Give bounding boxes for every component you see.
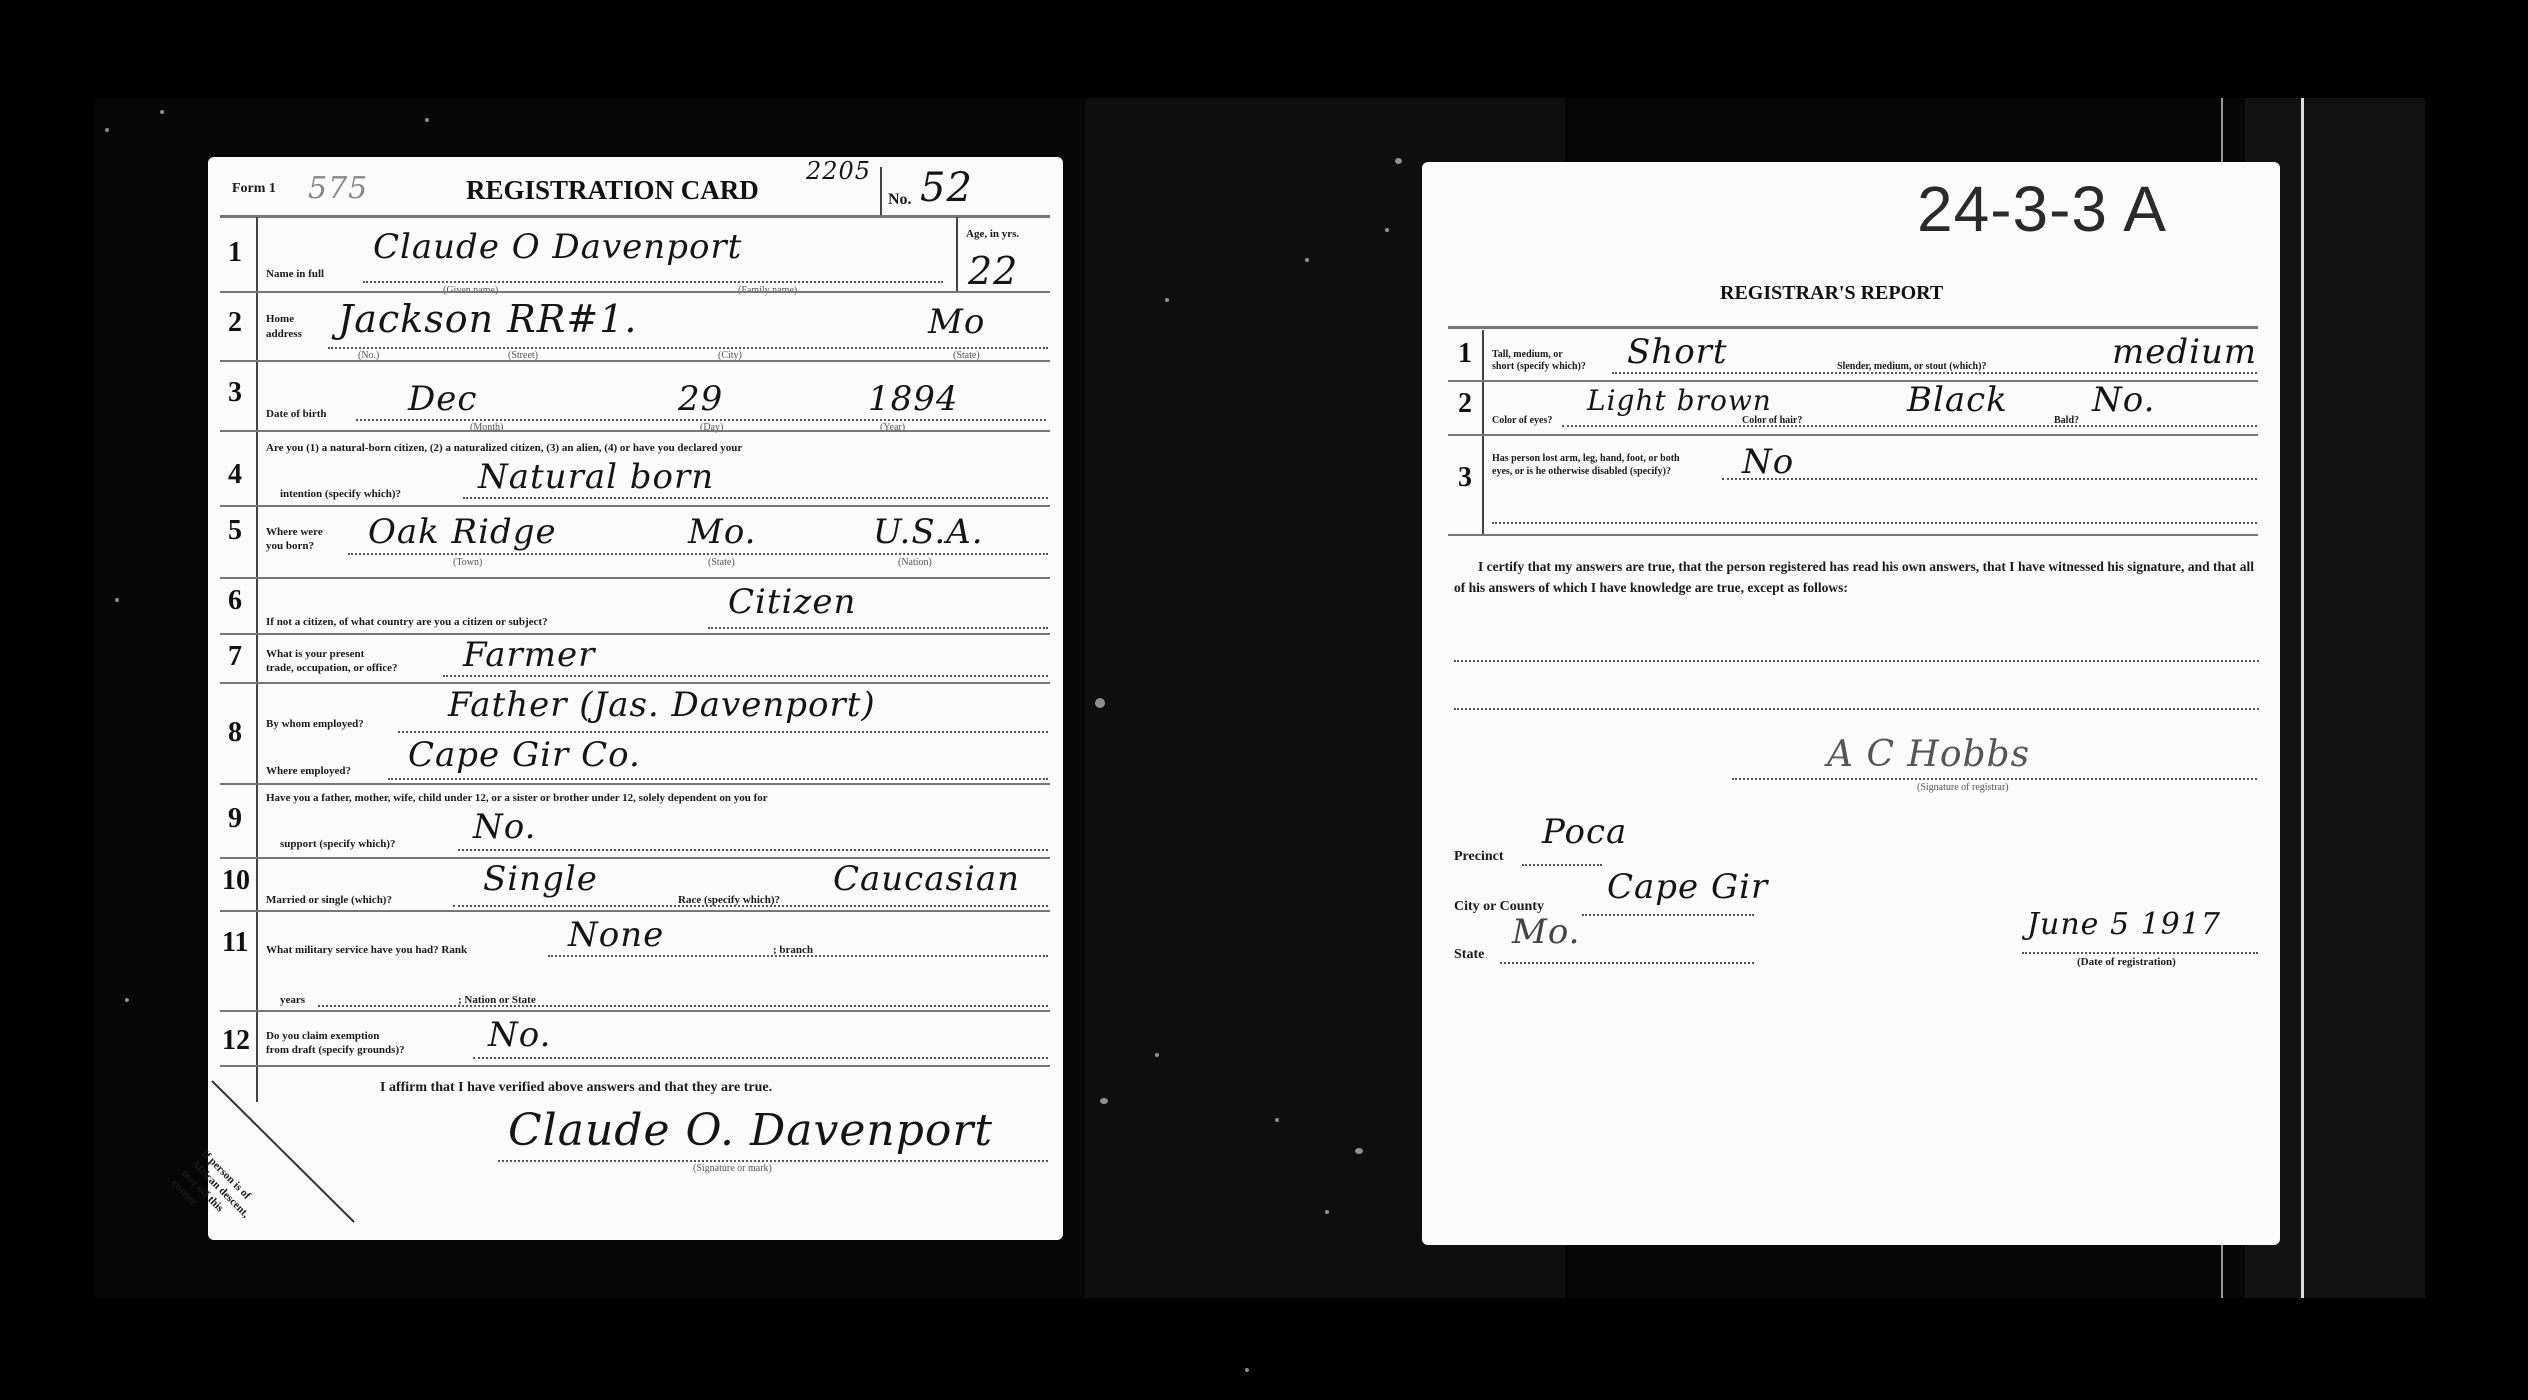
row-number: 1 xyxy=(1458,338,1472,370)
employer-value: Father (Jas. Davenport) xyxy=(448,685,876,725)
eye-color-value: Light brown xyxy=(1587,384,1772,417)
age-label: Age, in yrs. xyxy=(966,227,1019,241)
occupation-value: Farmer xyxy=(463,635,595,675)
fill-line xyxy=(458,849,1048,851)
dust-speck xyxy=(125,998,129,1002)
support-label: support (specify which)? xyxy=(280,837,396,851)
dob-year: 1894 xyxy=(868,379,959,419)
years-label: years xyxy=(280,993,305,1007)
employment-place-label: Where employed? xyxy=(266,764,351,778)
signature-caption: (Signature or mark) xyxy=(693,1163,772,1174)
address-state-value: Mo xyxy=(928,302,985,342)
dust-speck xyxy=(1245,1368,1249,1372)
fill-line xyxy=(1562,425,2257,427)
dust-speck xyxy=(160,110,164,114)
divider xyxy=(220,291,1050,293)
precinct-label: Precinct xyxy=(1454,850,1504,864)
fill-line xyxy=(548,955,1048,957)
nation-caption: (Nation) xyxy=(898,557,932,568)
registrant-signature: Claude O. Davenport xyxy=(508,1105,993,1156)
row-number: 11 xyxy=(222,927,248,959)
card-title: REGISTRATION CARD xyxy=(466,175,759,206)
build-value: medium xyxy=(2112,332,2257,372)
bald-value: No. xyxy=(2092,380,2155,420)
divider xyxy=(956,217,958,293)
row-number: 12 xyxy=(222,1025,250,1057)
row-number: 9 xyxy=(228,803,242,835)
marital-label: Married or single (which)? xyxy=(266,893,392,907)
row-number: 5 xyxy=(228,515,242,547)
dust-speck xyxy=(1355,1148,1363,1154)
country-label: If not a citizen, of what country are yo… xyxy=(266,615,548,629)
disability-value: No xyxy=(1742,442,1794,482)
dust-speck xyxy=(1155,1053,1159,1057)
divider xyxy=(220,360,1050,362)
hair-color-value: Black xyxy=(1907,380,2008,420)
town-caption: (Town) xyxy=(453,557,482,568)
serial-handwritten: 575 xyxy=(308,171,368,206)
date-line xyxy=(2022,952,2258,954)
divider xyxy=(1448,326,2258,329)
registrar-signature: A C Hobbs xyxy=(1827,734,2030,775)
exemption-label-2: from draft (specify grounds)? xyxy=(266,1043,405,1057)
report-title: REGISTRAR'S REPORT xyxy=(1720,282,1943,305)
row-number: 3 xyxy=(228,377,242,409)
fill-line xyxy=(1722,478,2257,480)
dust-speck xyxy=(1385,228,1389,232)
dust-speck xyxy=(1095,698,1105,708)
registration-date: June 5 1917 xyxy=(2027,907,2221,942)
divider xyxy=(220,1010,1050,1012)
dust-speck xyxy=(1305,258,1309,262)
divider xyxy=(220,910,1050,912)
name-label: Name in full xyxy=(266,267,324,281)
fill-line xyxy=(463,497,1048,499)
fill-line xyxy=(1582,914,1754,916)
dependents-value: No. xyxy=(473,807,536,847)
dob-day: 29 xyxy=(678,379,723,419)
birth-nation: U.S.A. xyxy=(873,512,984,552)
divider xyxy=(1482,330,1484,535)
number-label: No. xyxy=(888,193,912,207)
fill-line xyxy=(398,731,1048,733)
scan-edge-line xyxy=(2301,98,2304,1298)
divider xyxy=(880,167,882,217)
citizenship-question: Are you (1) a natural-born citizen, (2) … xyxy=(266,441,742,455)
registrar-signature-caption: (Signature of registrar) xyxy=(1917,782,2009,793)
intention-label: intention (specify which)? xyxy=(280,487,401,501)
divider xyxy=(1448,534,2258,536)
address-label: address xyxy=(266,327,302,341)
signature-line xyxy=(1732,778,2257,780)
dust-speck xyxy=(1100,1098,1108,1104)
row-number: 3 xyxy=(1458,462,1472,494)
divider xyxy=(220,215,1050,218)
birth-town: Oak Ridge xyxy=(368,512,557,552)
employment-place-value: Cape Gir Co. xyxy=(408,735,641,775)
eye-color-label: Color of eyes? xyxy=(1492,414,1552,428)
divider xyxy=(220,505,1050,507)
fill-line xyxy=(363,281,943,283)
state-label: State xyxy=(1454,948,1484,962)
dob-month: Dec xyxy=(408,379,477,419)
fill-line xyxy=(1522,864,1602,866)
fill-line xyxy=(318,1005,1048,1007)
state-caption: (State) xyxy=(708,557,735,568)
city-county-value: Cape Gir xyxy=(1607,867,1768,907)
divider xyxy=(220,577,1050,579)
dust-speck xyxy=(115,598,119,602)
dust-speck xyxy=(1395,158,1402,164)
fill-line xyxy=(388,778,1048,780)
fill-line xyxy=(1500,962,1754,964)
form-label: Form 1 xyxy=(232,182,276,196)
fill-line xyxy=(443,675,1048,677)
fill-line xyxy=(1492,522,2257,524)
divider xyxy=(220,783,1050,785)
row-number: 4 xyxy=(228,459,242,491)
card-number: 52 xyxy=(920,165,973,211)
employer-label: By whom employed? xyxy=(266,717,364,731)
affirm-text: I affirm that I have verified above answ… xyxy=(380,1081,772,1095)
birthplace-label-1: Where were xyxy=(266,525,323,539)
birth-state: Mo. xyxy=(688,512,757,552)
fill-line xyxy=(1612,372,2257,374)
country-value: Citizen xyxy=(728,582,856,622)
fill-line xyxy=(328,347,1048,349)
row-number: 10 xyxy=(222,865,250,897)
file-code: 24-3-3 A xyxy=(1917,172,2167,246)
birthplace-label-2: you born? xyxy=(266,539,314,553)
disability-label-1: Has person lost arm, leg, hand, foot, or… xyxy=(1492,452,1680,466)
divider xyxy=(220,633,1050,635)
occupation-label-2: trade, occupation, or office? xyxy=(266,661,397,675)
fill-line xyxy=(473,1057,1048,1059)
military-rank-value: None xyxy=(568,915,664,955)
state-value: Mo. xyxy=(1512,912,1581,952)
dust-speck xyxy=(1325,1210,1329,1214)
name-value: Claude O Davenport xyxy=(373,227,742,267)
dust-speck xyxy=(105,128,109,132)
citizenship-value: Natural born xyxy=(478,457,714,497)
registrar-report-card: 24-3-3 A REGISTRAR'S REPORT 1 Tall, medi… xyxy=(1422,162,2280,1245)
fill-line xyxy=(348,553,1048,555)
certify-text: I certify that my answers are true, that… xyxy=(1454,556,2254,598)
precinct-value: Poca xyxy=(1542,812,1627,852)
card-number-prefix: 2205 xyxy=(806,157,871,185)
height-label-2: short (specify which)? xyxy=(1492,360,1586,374)
registration-card: Form 1 575 REGISTRATION CARD 2205 No. 52… xyxy=(208,157,1063,1240)
divider xyxy=(220,430,1050,432)
disability-label-2: eyes, or is he otherwise disabled (speci… xyxy=(1492,465,1671,479)
exemption-value: No. xyxy=(488,1015,551,1055)
dust-speck xyxy=(1165,298,1169,302)
dob-label: Date of birth xyxy=(266,407,327,421)
divider xyxy=(1448,434,2258,436)
height-value: Short xyxy=(1627,332,1728,372)
fill-line xyxy=(453,905,1048,907)
row-number: 1 xyxy=(228,237,242,269)
military-label: What military service have you had? Rank xyxy=(266,943,467,957)
address-value: Jackson RR#1. xyxy=(338,297,637,341)
exception-line xyxy=(1454,708,2259,710)
row-number: 2 xyxy=(1458,388,1472,420)
home-label: Home xyxy=(266,312,294,326)
signature-line xyxy=(498,1160,1048,1162)
exemption-label-1: Do you claim exemption xyxy=(266,1029,379,1043)
age-value: 22 xyxy=(968,249,1018,293)
race-value: Caucasian xyxy=(833,859,1020,899)
fill-line xyxy=(356,419,1046,421)
row-number: 7 xyxy=(228,641,242,673)
marital-value: Single xyxy=(483,859,598,899)
dust-speck xyxy=(1275,1118,1279,1122)
divider xyxy=(220,682,1050,684)
occupation-label-1: What is your present xyxy=(266,647,364,661)
exception-line xyxy=(1454,660,2259,662)
dust-speck xyxy=(425,118,429,122)
fill-line xyxy=(708,627,1048,629)
row-number: 8 xyxy=(228,717,242,749)
row-number: 2 xyxy=(228,307,242,339)
date-caption: (Date of registration) xyxy=(2077,955,2176,969)
row-number: 6 xyxy=(228,585,242,617)
dependents-question: Have you a father, mother, wife, child u… xyxy=(266,791,768,805)
divider xyxy=(220,1065,1050,1067)
divider xyxy=(256,217,258,1102)
